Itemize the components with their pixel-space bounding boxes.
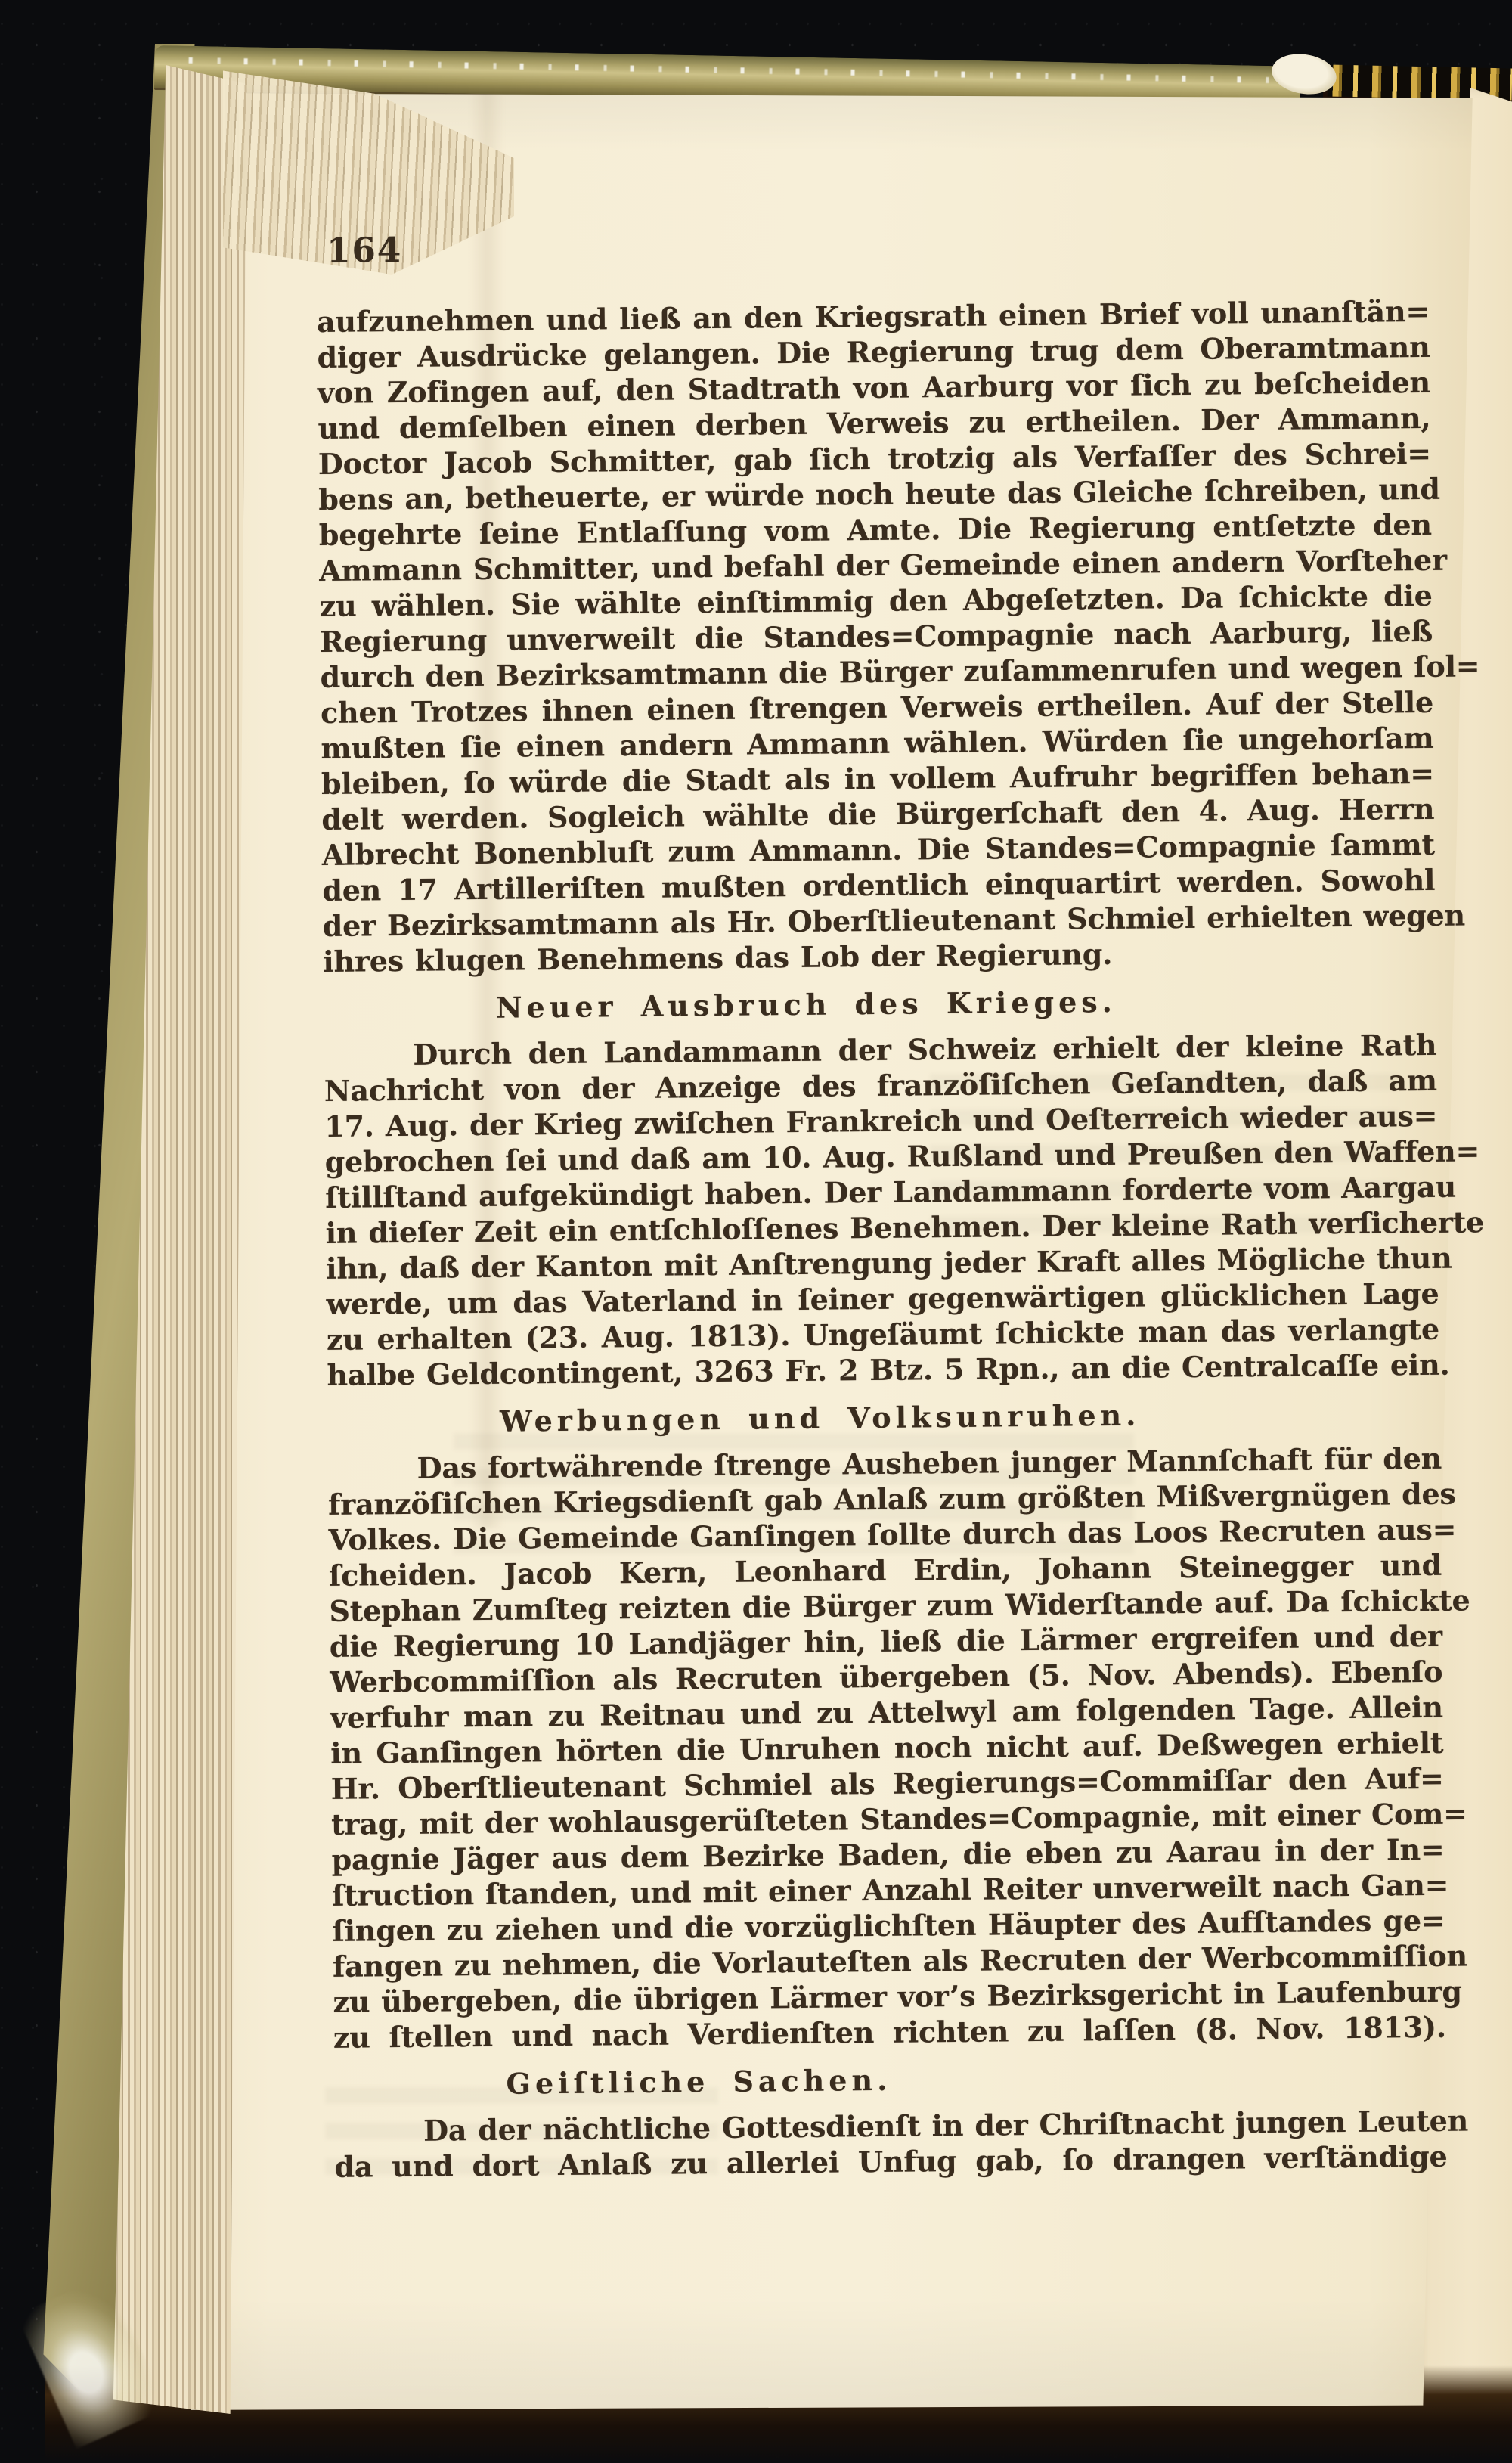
text-block: 164 aufzunehmen und ließ an den Kriegsra…: [316, 224, 1448, 2185]
section-heading: Geiſtliche Sachen.: [506, 2057, 1446, 2102]
section-heading: Neuer Ausbruch des Krieges.: [496, 981, 1436, 1025]
text-lines: aufzunehmen und ließ an den Kriegsrath e…: [317, 293, 1448, 2185]
book-scan: 164 aufzunehmen und ließ an den Kriegsra…: [0, 0, 1512, 2463]
section-heading: Werbungen und Volksunruhen.: [500, 1394, 1440, 1439]
